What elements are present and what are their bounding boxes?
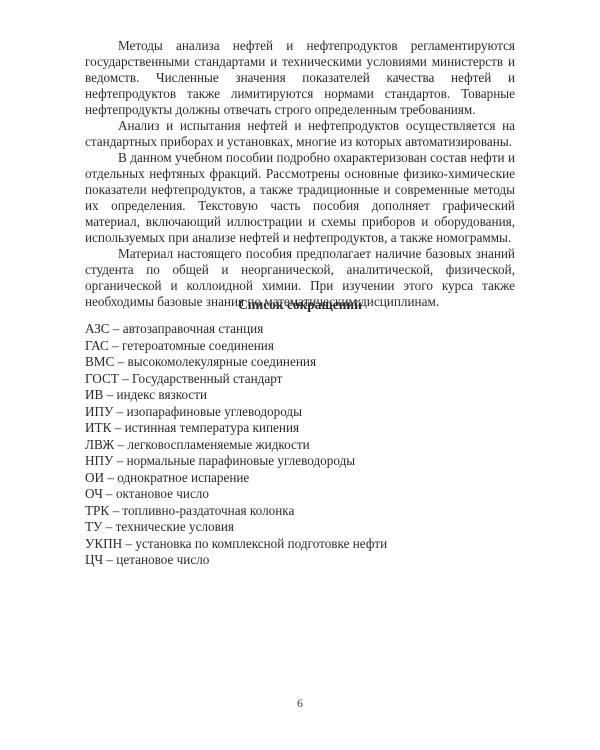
list-item: ОЧ – октановое число <box>85 486 387 503</box>
list-item: ТУ – технические условия <box>85 519 387 536</box>
list-item: ЦЧ – цетановое число <box>85 552 387 569</box>
list-item: НПУ – нормальные парафиновые углеводород… <box>85 453 387 470</box>
paragraph-instruments: Анализ и испытания нефтей и нефтепродукт… <box>85 118 515 150</box>
list-item: ВМС – высокомолекулярные соединения <box>85 354 387 371</box>
list-item: ЛВЖ – легковоспламеняемые жидкости <box>85 437 387 454</box>
list-item: АЗС – автозаправочная станция <box>85 321 387 338</box>
abbreviations-heading: Список сокращений <box>85 297 515 313</box>
list-item: ОИ – однократное испарение <box>85 470 387 487</box>
list-item: ГАС – гетероатомные соединения <box>85 338 387 355</box>
list-item: ТРК – топливно-раздаточная колонка <box>85 503 387 520</box>
list-item: ИПУ – изопарафиновые углеводороды <box>85 404 387 421</box>
paragraph-standards: Методы анализа нефтей и нефтепродуктов р… <box>85 38 515 118</box>
paragraph-contents: В данном учебном пособии подробно охарак… <box>85 150 515 246</box>
list-item: ГОСТ – Государственный стандарт <box>85 371 387 388</box>
list-item: ИТК – истинная температура кипения <box>85 420 387 437</box>
list-item: ИВ – индекс вязкости <box>85 387 387 404</box>
body-text: Методы анализа нефтей и нефтепродуктов р… <box>85 38 515 310</box>
list-item: УКПН – установка по комплексной подготов… <box>85 536 387 553</box>
page-number: 6 <box>0 696 600 711</box>
abbreviations-list: АЗС – автозаправочная станция ГАС – гете… <box>85 321 387 569</box>
